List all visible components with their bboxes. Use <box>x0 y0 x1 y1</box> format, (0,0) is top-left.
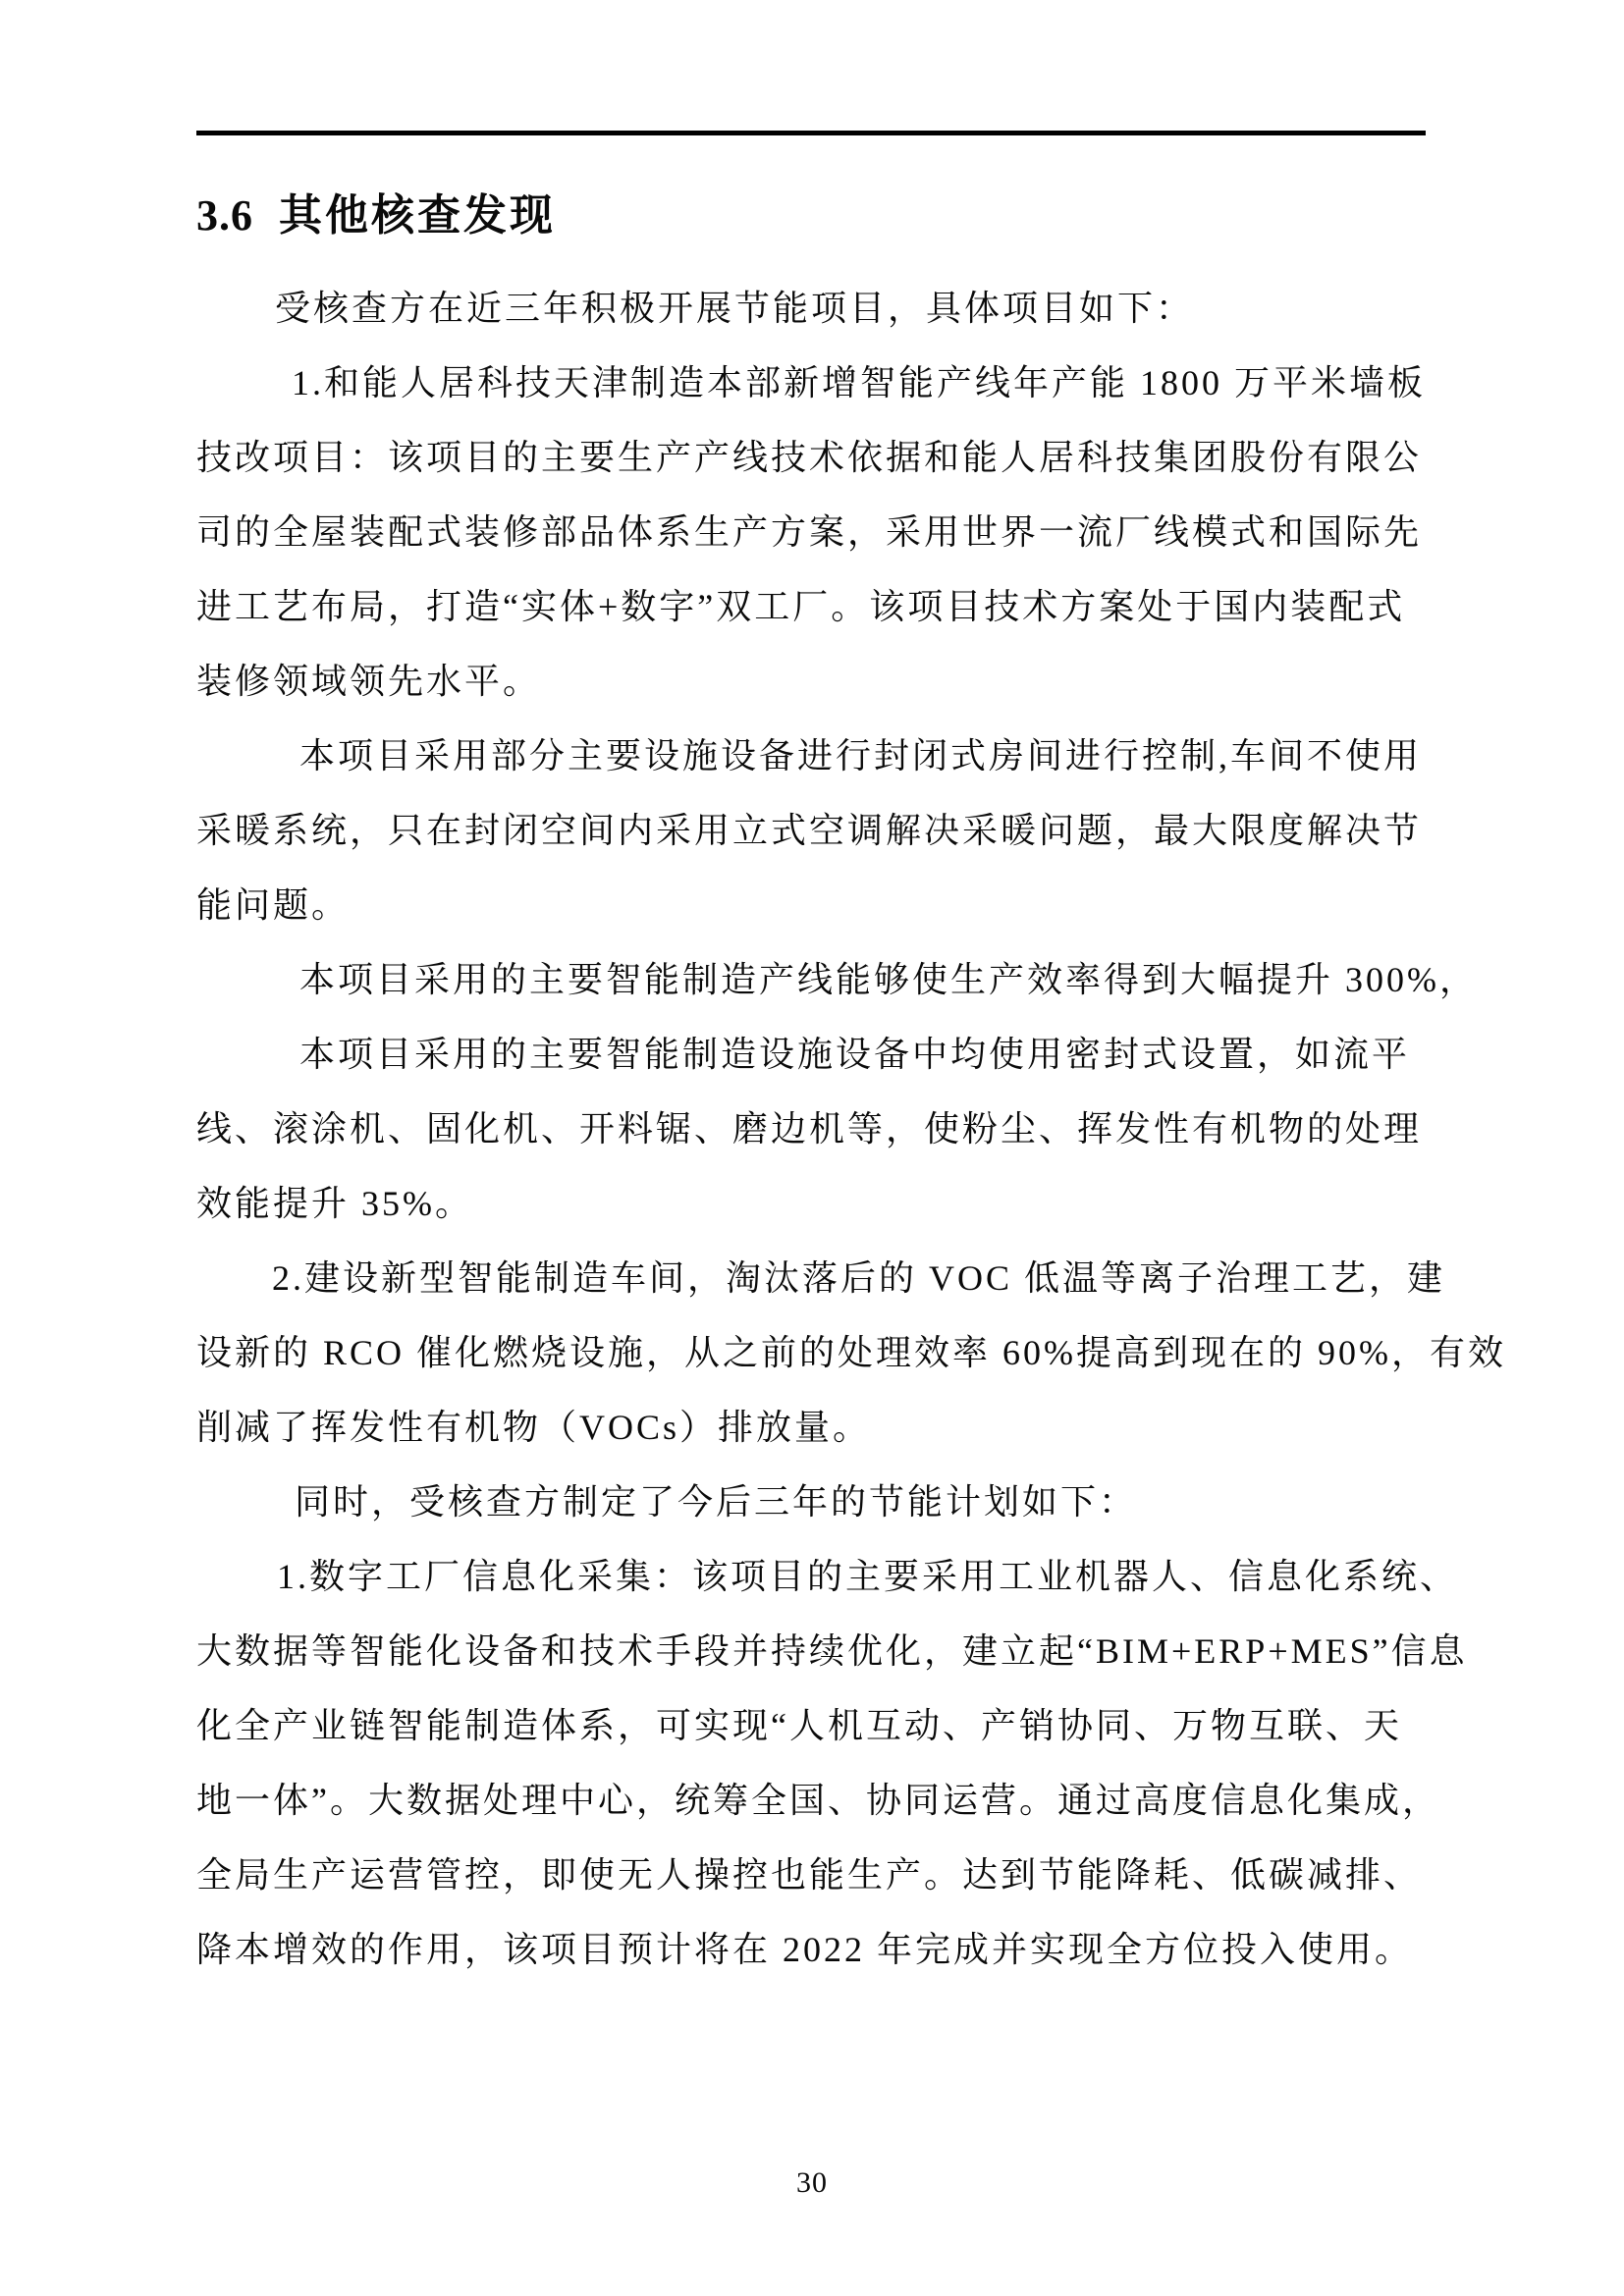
text-line: 设新的 RCO 催化燃烧设施，从之前的处理效率 60%提高到现在的 90%，有效 <box>196 1315 1430 1390</box>
text-line: 大数据等智能化设备和技术手段并持续优化，建立起“BIM+ERP+MES”信息 <box>196 1614 1430 1688</box>
section-title: 其他核查发现 <box>279 191 556 240</box>
section-heading: 3.6其他核查发现 <box>196 192 556 240</box>
text-line: 采暖系统，只在封闭空间内采用立式空调解决采暖问题，最大限度解决节 <box>196 793 1430 868</box>
text-line: 受核查方在近三年积极开展节能项目，具体项目如下： <box>196 271 1430 346</box>
text-line: 能问题。 <box>196 868 1430 942</box>
text-line: 地一体”。大数据处理中心，统筹全国、协同运营。通过高度信息化集成， <box>196 1763 1430 1838</box>
text-line: 全局生产运营管控，即使无人操控也能生产。达到节能降耗、低碳减排、 <box>196 1838 1430 1912</box>
text-line: 化全产业链智能制造体系，可实现“人机互动、产销协同、万物互联、天 <box>196 1688 1430 1763</box>
document-page: { "page": { "background_color": "#ffffff… <box>0 0 1624 2296</box>
text-line: 效能提升 35%。 <box>196 1166 1430 1241</box>
text-line: 2.建设新型智能制造车间，淘汰落后的 VOC 低温等离子治理工艺，建 <box>196 1241 1430 1315</box>
text-line: 本项目采用的主要智能制造产线能够使生产效率得到大幅提升 300%， <box>196 942 1430 1017</box>
text-line: 司的全屋装配式装修部品体系生产方案，采用世界一流厂线模式和国际先 <box>196 495 1430 569</box>
text-line: 进工艺布局，打造“实体+数字”双工厂。该项目技术方案处于国内装配式 <box>196 569 1430 644</box>
page-number: 30 <box>0 2165 1624 2201</box>
text-line: 线、滚涂机、固化机、开料锯、磨边机等，使粉尘、挥发性有机物的处理 <box>196 1092 1430 1166</box>
header-rule <box>196 131 1426 135</box>
text-line: 1.数字工厂信息化采集：该项目的主要采用工业机器人、信息化系统、 <box>196 1539 1430 1614</box>
text-line: 技改项目：该项目的主要生产产线技术依据和能人居科技集团股份有限公 <box>196 420 1430 495</box>
text-line: 1.和能人居科技天津制造本部新增智能产线年产能 1800 万平米墙板 <box>196 346 1430 420</box>
text-line: 降本增效的作用，该项目预计将在 2022 年完成并实现全方位投入使用。 <box>196 1912 1430 1987</box>
text-line: 本项目采用的主要智能制造设施设备中均使用密封式设置，如流平 <box>196 1017 1430 1092</box>
text-line: 装修领域领先水平。 <box>196 644 1430 719</box>
text-line: 削减了挥发性有机物（VOCs）排放量。 <box>196 1390 1430 1465</box>
text-line: 同时，受核查方制定了今后三年的节能计划如下： <box>196 1465 1430 1539</box>
document-body: 受核查方在近三年积极开展节能项目，具体项目如下：1.和能人居科技天津制造本部新增… <box>196 271 1430 1987</box>
text-line: 本项目采用部分主要设施设备进行封闭式房间进行控制,车间不使用 <box>196 719 1430 793</box>
section-number: 3.6 <box>196 191 253 240</box>
